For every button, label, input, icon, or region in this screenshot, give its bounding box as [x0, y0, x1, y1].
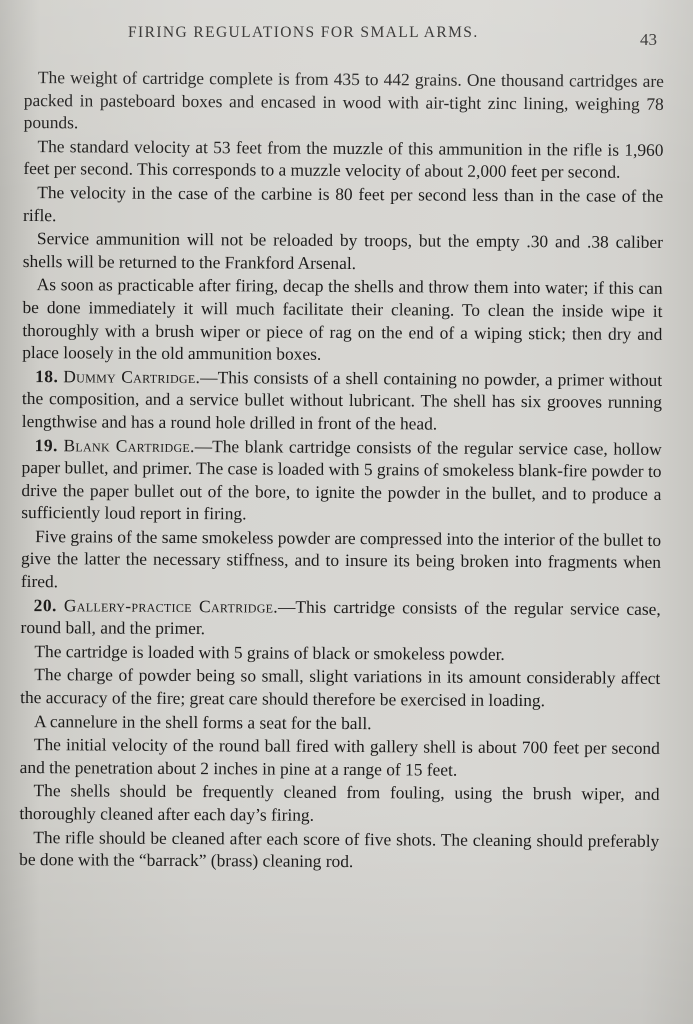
paragraph-cartridge-weight: The weight of cartridge complete is from… — [24, 66, 664, 138]
paragraph-shell-fouling: The shells should be frequently cleaned … — [19, 779, 659, 828]
section-dash: — — [278, 596, 296, 616]
section-number: 20. — [34, 595, 57, 615]
section-19-blank-cartridge: 19. Blank Cartridge.—The blank cartridge… — [21, 433, 662, 527]
running-head: FIRING REGULATIONS FOR SMALL ARMS. 43 — [0, 24, 693, 48]
paragraph-rifle-cleaning: The rifle should be cleaned after each s… — [19, 826, 659, 875]
page-number: 43 — [640, 30, 657, 50]
book-page: FIRING REGULATIONS FOR SMALL ARMS. 43 Th… — [0, 0, 693, 1024]
section-number: 19. — [35, 435, 58, 455]
paragraph-standard-velocity: The standard velocity at 53 feet from th… — [23, 135, 663, 184]
running-title: FIRING REGULATIONS FOR SMALL ARMS. — [128, 24, 479, 42]
paragraph-gallery-velocity: The initial velocity of the round ball f… — [20, 733, 660, 782]
section-20-gallery-practice-cartridge: 20. Gallery-practice Cartridge.—This car… — [21, 594, 661, 643]
body-text: The weight of cartridge complete is from… — [19, 66, 664, 876]
section-title: Blank Cartridge. — [63, 435, 194, 456]
paragraph-cannelure: A cannelure in the shell forms a seat fo… — [20, 710, 660, 737]
section-dash: — — [200, 367, 218, 387]
paragraph-gallery-load: The cartridge is loaded with 5 grains of… — [20, 640, 660, 667]
paragraph-blank-powder: Five grains of the same smokeless powder… — [21, 525, 661, 597]
paragraph-service-ammunition: Service ammunition will not be reloaded … — [23, 227, 663, 276]
section-title: Dummy Cartridge. — [63, 366, 200, 387]
section-number: 18. — [35, 366, 58, 386]
section-18-dummy-cartridge: 18. Dummy Cartridge.—This consists of a … — [22, 365, 662, 437]
paragraph-gallery-charge: The charge of powder being so small, sli… — [20, 663, 660, 712]
section-dash: — — [195, 436, 213, 456]
section-title: Gallery-practice Cartridge. — [64, 595, 278, 616]
paragraph-carbine-velocity: The velocity in the case of the carbine … — [23, 181, 663, 230]
paragraph-cleaning-shells: As soon as practicable after firing, dec… — [22, 273, 663, 367]
